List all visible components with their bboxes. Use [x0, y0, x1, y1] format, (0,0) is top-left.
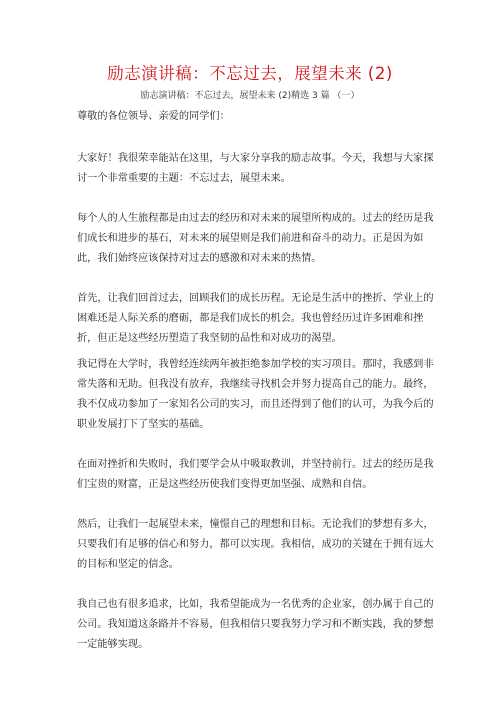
paragraph-intro: 大家好！我很荣幸能站在这里，与大家分享我的励志故事。今天，我想与大家探讨一个非常… [77, 149, 437, 189]
paragraph-future: 然后，让我们一起展望未来，憧憬自己的理想和目标。无论我们的梦想有多大，只要我们有… [77, 515, 437, 575]
paragraph-setbacks: 在面对挫折和失败时，我们要学会从中吸取教训，并坚持前行。过去的经历是我们宝贵的财… [77, 455, 437, 495]
paragraph-college-story: 我记得在大学时，我曾经连续两年被拒绝参加学校的实习项目。那时，我感到非常失落和无… [77, 355, 437, 435]
paragraph-look-back: 首先，让我们回首过去，回顾我们的成长历程。无论是生活中的挫折、学业上的困难还是人… [77, 289, 437, 349]
salutation: 尊敬的各位领导、亲爱的同学们： [77, 107, 437, 127]
paragraph-dreams: 我自己也有很多追求，比如，我希望能成为一名优秀的企业家，创办属于自己的公司。我知… [77, 595, 437, 655]
paragraph-journey: 每个人的人生旅程都是由过去的经历和对未来的展望所构成的。过去的经历是我们成长和进… [77, 209, 437, 269]
document-subtitle: 励志演讲稿：不忘过去，展望未来 (2)精选 3 篇 （一） [0, 88, 500, 101]
document-page: 励志演讲稿：不忘过去，展望未来 (2) 励志演讲稿：不忘过去，展望未来 (2)精… [0, 0, 500, 707]
document-title: 励志演讲稿：不忘过去，展望未来 (2) [0, 60, 500, 84]
